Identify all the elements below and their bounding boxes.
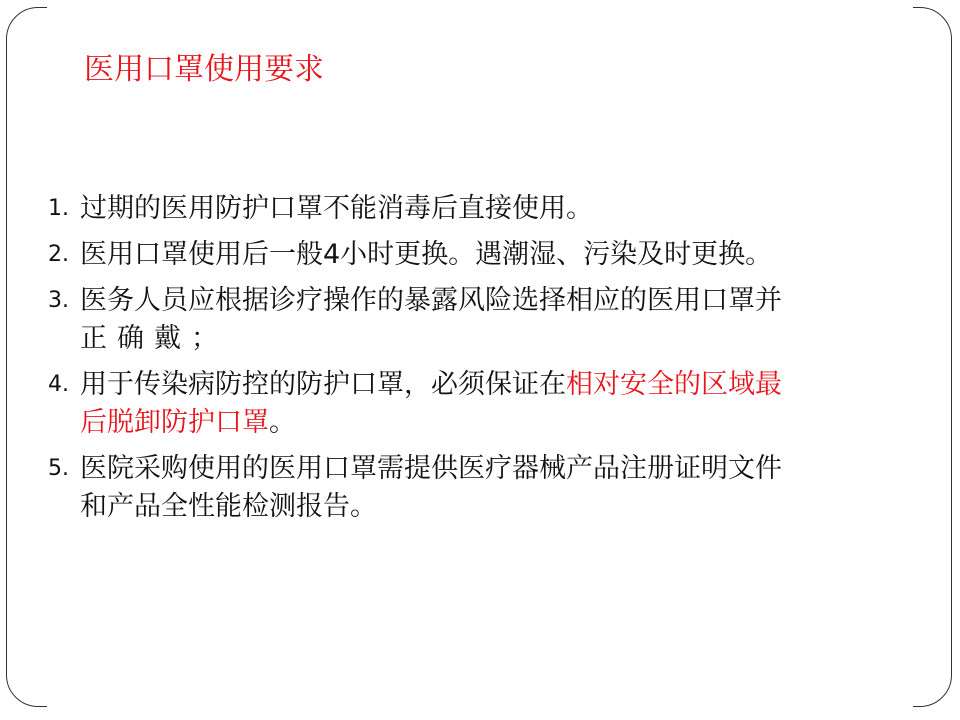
item-text-line2: 正确戴； [80,320,928,358]
item-text: 过期的医用防护口罩不能消毒后直接使用。 [80,193,593,224]
item-number: 4. [48,366,69,404]
frame-gap-top [47,5,913,11]
item-number: 5. [48,450,69,488]
item-text-line1: 医院采购使用的医用口罩需提供医疗器械产品注册证明文件 [80,450,928,488]
list-item-1: 1. 过期的医用防护口罩不能消毒后直接使用。 [48,190,928,228]
item-text: 医用口罩使用后一般4小时更换。遇潮湿、污染及时更换。 [80,239,772,270]
item-text-line1: 医务人员应根据诊疗操作的暴露风险选择相应的医用口罩并 [80,282,928,320]
slide-title: 医用口罩使用要求 [84,50,324,90]
frame-gap-bottom [47,703,913,709]
item-number: 1. [48,190,69,228]
item-text-line2: 和产品全性能检测报告。 [80,488,928,526]
item-text: 用于传染病防控的防护口罩，必须保证在 [80,369,566,400]
item-highlight-text-cont: 后脱卸防护口罩 [80,407,269,438]
list-item-4: 4. 用于传染病防控的防护口罩，必须保证在相对安全的区域最 后脱卸防护口罩。 [48,366,928,442]
item-highlight-text: 相对安全的区域最 [566,369,782,400]
list-item-5: 5. 医院采购使用的医用口罩需提供医疗器械产品注册证明文件 和产品全性能检测报告… [48,450,928,526]
item-text-end: 。 [269,407,296,438]
requirements-list: 1. 过期的医用防护口罩不能消毒后直接使用。 2. 医用口罩使用后一般4小时更换… [48,190,928,534]
list-item-2: 2. 医用口罩使用后一般4小时更换。遇潮湿、污染及时更换。 [48,236,928,274]
item-number: 2. [48,236,69,274]
item-number: 3. [48,282,69,320]
list-item-3: 3. 医务人员应根据诊疗操作的暴露风险选择相应的医用口罩并 正确戴； [48,282,928,358]
